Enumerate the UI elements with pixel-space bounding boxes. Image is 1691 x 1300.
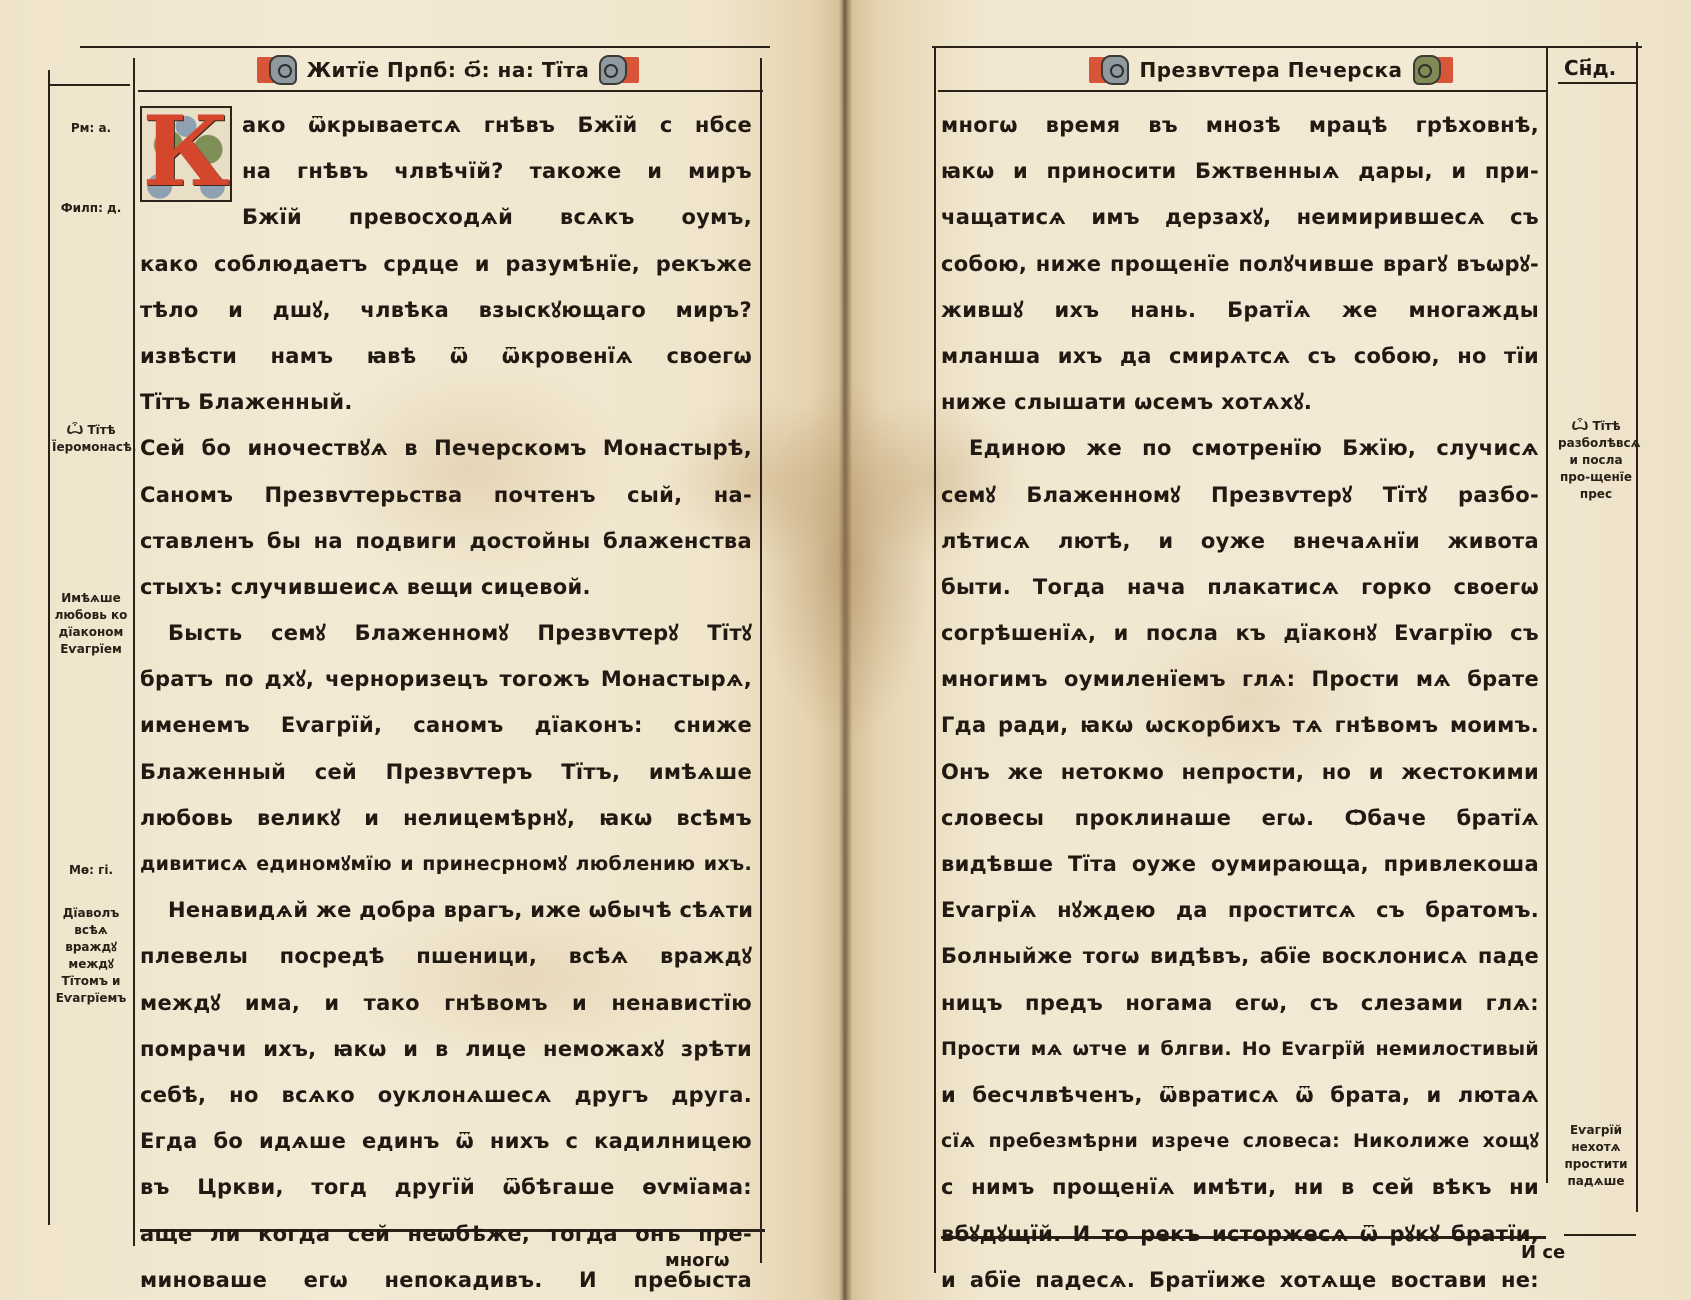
text-line: Бжїй превосходѧй всѧкъ оумъ,: [242, 194, 752, 240]
text-line: Егда бо идѧше единъ ѿ нихъ с кадилницею: [140, 1118, 752, 1164]
text-line: Прости мѧ ѡтче и блгви. Но Еѵагрїй немил…: [941, 1026, 1539, 1072]
margin-note: Мѳ: гі.: [52, 862, 130, 879]
text-line: дивитисѧ единомꙋмїю и принесрномꙋ люблен…: [140, 841, 752, 887]
text-line: многимъ оумиленїемъ глѧ: Прости мѧ брате: [941, 656, 1539, 702]
text-line: въ Цркви, тогд другїй ѿбѣгаше ѳѵмїама:: [140, 1164, 752, 1210]
text-line: мланша ихъ да смирѧтсѧ съ собою, но тїи: [941, 333, 1539, 379]
text-line: именемъ Еѵагрїй, саномъ дїаконъ: сниже: [140, 702, 752, 748]
margin-note: Филп: д.: [52, 200, 130, 217]
text-line: согрѣшенїѧ, и посла къ дїаконꙋ Еѵагрїю с…: [941, 610, 1539, 656]
text-line: Единою же по смотренїю Бжїю, случисѧ: [941, 425, 1539, 471]
running-header: Презвѵтера Печерска: [1026, 52, 1516, 88]
right-page: Презвѵтера Печерска Сн҃д. многѡ время въ…: [846, 0, 1691, 1300]
ornament-icon: [599, 55, 639, 85]
right-text-block: многѡ время въ мнозѣ мрацѣ грѣховнѣ, ꙗкѡ…: [941, 102, 1539, 1300]
margin-column-top-rule: [50, 84, 130, 86]
text-line: миноваше егѡ непокадивъ. И пребыста: [140, 1257, 752, 1300]
top-rule: [80, 46, 770, 48]
text-line: ꙗкѡ и приносити Бжтвенныѧ дары, и при-: [941, 148, 1539, 194]
text-line: ставленъ бы на подвиги достойны блаженст…: [140, 518, 752, 564]
text-line: с нимъ прощенїѧ имѣти, ни в сей вѣкъ ни: [941, 1164, 1539, 1210]
text-line: плевелы посредѣ пшеници, всѣѧ враждꙋ: [140, 933, 752, 979]
header-underline: [138, 90, 763, 92]
text-line: Еѵагрїѧ нꙋждею да проститсѧ съ братомъ.: [941, 887, 1539, 933]
text-line: себѣ, но всѧко оуклонѧшесѧ другъ друга.: [140, 1072, 752, 1118]
margin-note: Дїаволъ всѣѧ враждꙋ междꙋ Тїтомъ и Еѵагр…: [52, 905, 130, 1007]
text-line: Болныйже тогѡ видѣвъ, абїе восклонисѧ па…: [941, 933, 1539, 979]
text-line: быти. Тогда нача плакатисѧ горко своегѡ: [941, 564, 1539, 610]
text-line: ницъ предъ ногама егѡ, съ слезами глѧ:: [941, 980, 1539, 1026]
text-right-rule: [760, 58, 762, 1263]
margin-note: Ѽ Тїтѣ разболѣвсѧ и посла про-щенїе прес: [1558, 418, 1634, 503]
text-left-rule: [934, 48, 936, 1273]
text-line: и бесчлвѣченъ, ѿвратисѧ ѿ брата, и лютаѧ: [941, 1072, 1539, 1118]
header-underline: [938, 90, 1548, 92]
folio-number: Сн҃д.: [1564, 56, 1616, 80]
book-spread: Житїе Прпб: ѻ҃: на: Тїта К ако ѿкрываетс…: [0, 0, 1691, 1300]
text-line: стыхъ: случившеисѧ вещи сицевой.: [140, 564, 752, 610]
text-line: лѣтисѧ лютѣ, и оуже внечаѧнїи живота: [941, 518, 1539, 564]
text-line: Гда ради, ꙗкѡ ѡскорбихъ тѧ гнѣвомъ моимъ…: [941, 702, 1539, 748]
text-line: междꙋ има, и тако гнѣвомъ и ненавистїю: [140, 980, 752, 1026]
text-line: собою, ниже прощенїе полꙋчивше врагꙋ въѡ…: [941, 241, 1539, 287]
text-line: извѣсти намъ ꙗвѣ ѿ ѿкровенїѧ своегѡ: [140, 333, 752, 379]
text-line: Ненавидѧй же добра врагъ, иже ѡбычѣ сѣѧт…: [140, 887, 752, 933]
text-line: сїѧ пребезмѣрни изрече словеса: Николиже…: [941, 1118, 1539, 1164]
text-line: аще ли когда сей неѡбѣже, тогда онъ пре-: [140, 1211, 752, 1257]
ornament-icon: [1413, 55, 1453, 85]
margin-column-left-rule: [48, 70, 50, 1225]
text-line: Тїтъ Блаженный.: [140, 379, 752, 425]
margin-bottom-rule: [1564, 1234, 1636, 1236]
ornament-icon: [1089, 55, 1129, 85]
text-line: братъ по дхꙋ, черноризецъ тогожъ Монасты…: [140, 656, 752, 702]
margin-note: Ѽ Тїтѣ Їеромонасѣ.: [52, 422, 130, 456]
text-line: вбꙋдꙋщїй. И то рекъ исторжесѧ ѿ рꙋкꙋ бра…: [941, 1211, 1539, 1257]
margin-note: Еѵагрїй нехотѧ простити падѧше: [1558, 1122, 1634, 1190]
text-line: и абїе падесѧ. Братїиже хотѧще востави н…: [941, 1257, 1539, 1300]
text-line: Саномъ Презвѵтерьства почтенъ сый, на-: [140, 472, 752, 518]
text-line: Онъ же нетокмо непрости, но и жестокими: [941, 749, 1539, 795]
text-left-rule: [133, 58, 135, 1246]
catchword: И се: [1521, 1242, 1565, 1263]
text-right-rule: [1546, 48, 1548, 1183]
margin-note: Рм: а.: [52, 120, 130, 137]
running-header: Житїе Прпб: ѻ҃: на: Тїта: [236, 52, 660, 88]
text-line: Бысть семꙋ Блаженномꙋ Презвѵтерꙋ Тїтꙋ: [140, 610, 752, 656]
running-title: Презвѵтера Печерска: [1139, 58, 1402, 82]
text-line: любовь великꙋ и нелицемѣрнꙋ, ꙗкѡ всѣмъ: [140, 795, 752, 841]
margin-column-right-rule: [1636, 42, 1638, 1212]
text-line: многѡ время въ мнозѣ мрацѣ грѣховнѣ,: [941, 102, 1539, 148]
margin-note: Имѣѧше любовь ко дїаконом Еѵагрїем: [52, 590, 130, 658]
decorated-initial: К: [140, 106, 232, 202]
text-line: ако ѿкрываетсѧ гнѣвъ Бжїй с нбсе: [242, 102, 752, 148]
text-line: тѣло и дшꙋ, члвѣка взыскꙋющаго миръ?: [140, 287, 752, 333]
running-title: Житїе Прпб: ѻ҃: на: Тїта: [307, 58, 590, 82]
folio-underline: [1558, 82, 1636, 84]
text-line: помрачи ихъ, ꙗкѡ и в лице неможахꙋ зрѣти: [140, 1026, 752, 1072]
catchword: многѡ: [665, 1250, 730, 1271]
text-line: Сей бо иночествꙋѧ в Печерскомъ Монастырѣ…: [140, 425, 752, 471]
text-line: жившꙋ ихъ нань. Братїѧ же многажды: [941, 287, 1539, 333]
left-page: Житїе Прпб: ѻ҃: на: Тїта К ако ѿкрываетс…: [0, 0, 845, 1300]
text-line: Блаженный сей Презвѵтеръ Тїтъ, имѣѧше: [140, 749, 752, 795]
text-line: видѣвше Тїта оуже оумирающа, привлекоша: [941, 841, 1539, 887]
text-line: како соблюдаетъ срдце и разумѣнїе, рекъж…: [140, 241, 752, 287]
text-line: на гнѣвъ члвѣчїй? такоже и миръ: [242, 148, 752, 194]
text-line: ниже слышати ѡсемъ хотѧхꙋ.: [941, 379, 1539, 425]
text-line: словесы проклинаше егѡ. Ѻбаче братїѧ: [941, 795, 1539, 841]
top-rule: [932, 46, 1642, 48]
ornament-icon: [257, 55, 297, 85]
text-line: чащатисѧ имъ дерзахꙋ, неимирившесѧ съ: [941, 194, 1539, 240]
text-line: семꙋ Блаженномꙋ Презвѵтерꙋ Тїтꙋ разбо-: [941, 472, 1539, 518]
left-text-block: К ако ѿкрываетсѧ гнѣвъ Бжїй с нбсе на гн…: [140, 102, 752, 1300]
